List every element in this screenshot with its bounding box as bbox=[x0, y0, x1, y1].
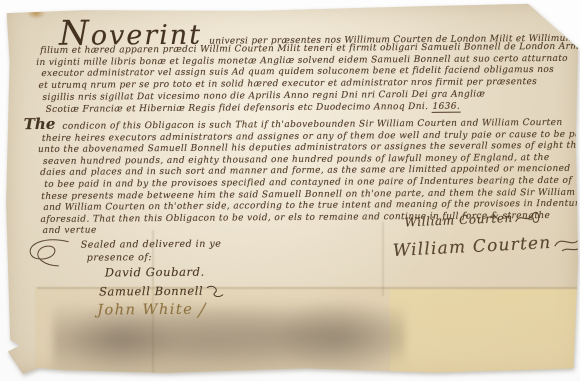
latin-dating-text: Scotiæ Franciæ et Hiberniæ Regis fidei d… bbox=[46, 101, 429, 114]
witness-signature-samuell-bonnell: Samuell Bonnell bbox=[99, 284, 225, 301]
witness-stroke-icon bbox=[195, 301, 209, 319]
witness-signature-david-goubard: David Goubard. bbox=[105, 265, 205, 280]
attestation-heading-line2: presence of: bbox=[87, 252, 152, 264]
signature-william-courten-2: William Courten bbox=[392, 230, 580, 262]
signature-flourish-icon bbox=[515, 210, 542, 225]
parchment-document: Noverint universi per præsentes nos Will… bbox=[5, 2, 578, 374]
attestation-heading-line1: Sealed and delivered in ye bbox=[81, 239, 222, 251]
witness-signature-text: Samuell Bonnell bbox=[99, 284, 203, 299]
latin-bond-text: Noverint universi per præsentes nos Will… bbox=[37, 18, 580, 116]
witness-signature-john-white: John White bbox=[97, 301, 209, 320]
document-scan-background: Noverint universi per præsentes nos Will… bbox=[0, 0, 580, 381]
manuscript-content: Noverint universi per præsentes nos Will… bbox=[5, 0, 580, 374]
witness-attestation-block: Sealed and delivered in ye presence of: … bbox=[25, 234, 286, 346]
condition-initial-the: The bbox=[24, 118, 56, 131]
signature-flourish-icon bbox=[553, 230, 580, 254]
signature-text: William Courten bbox=[392, 233, 552, 261]
witness-flourish-icon bbox=[205, 284, 225, 300]
parchment-shadow-wrap: Noverint universi per præsentes nos Will… bbox=[0, 0, 580, 381]
year-1636: 1636. bbox=[431, 101, 461, 112]
witness-signature-text: John White bbox=[97, 302, 193, 319]
witness-paraph-icon bbox=[25, 236, 77, 280]
